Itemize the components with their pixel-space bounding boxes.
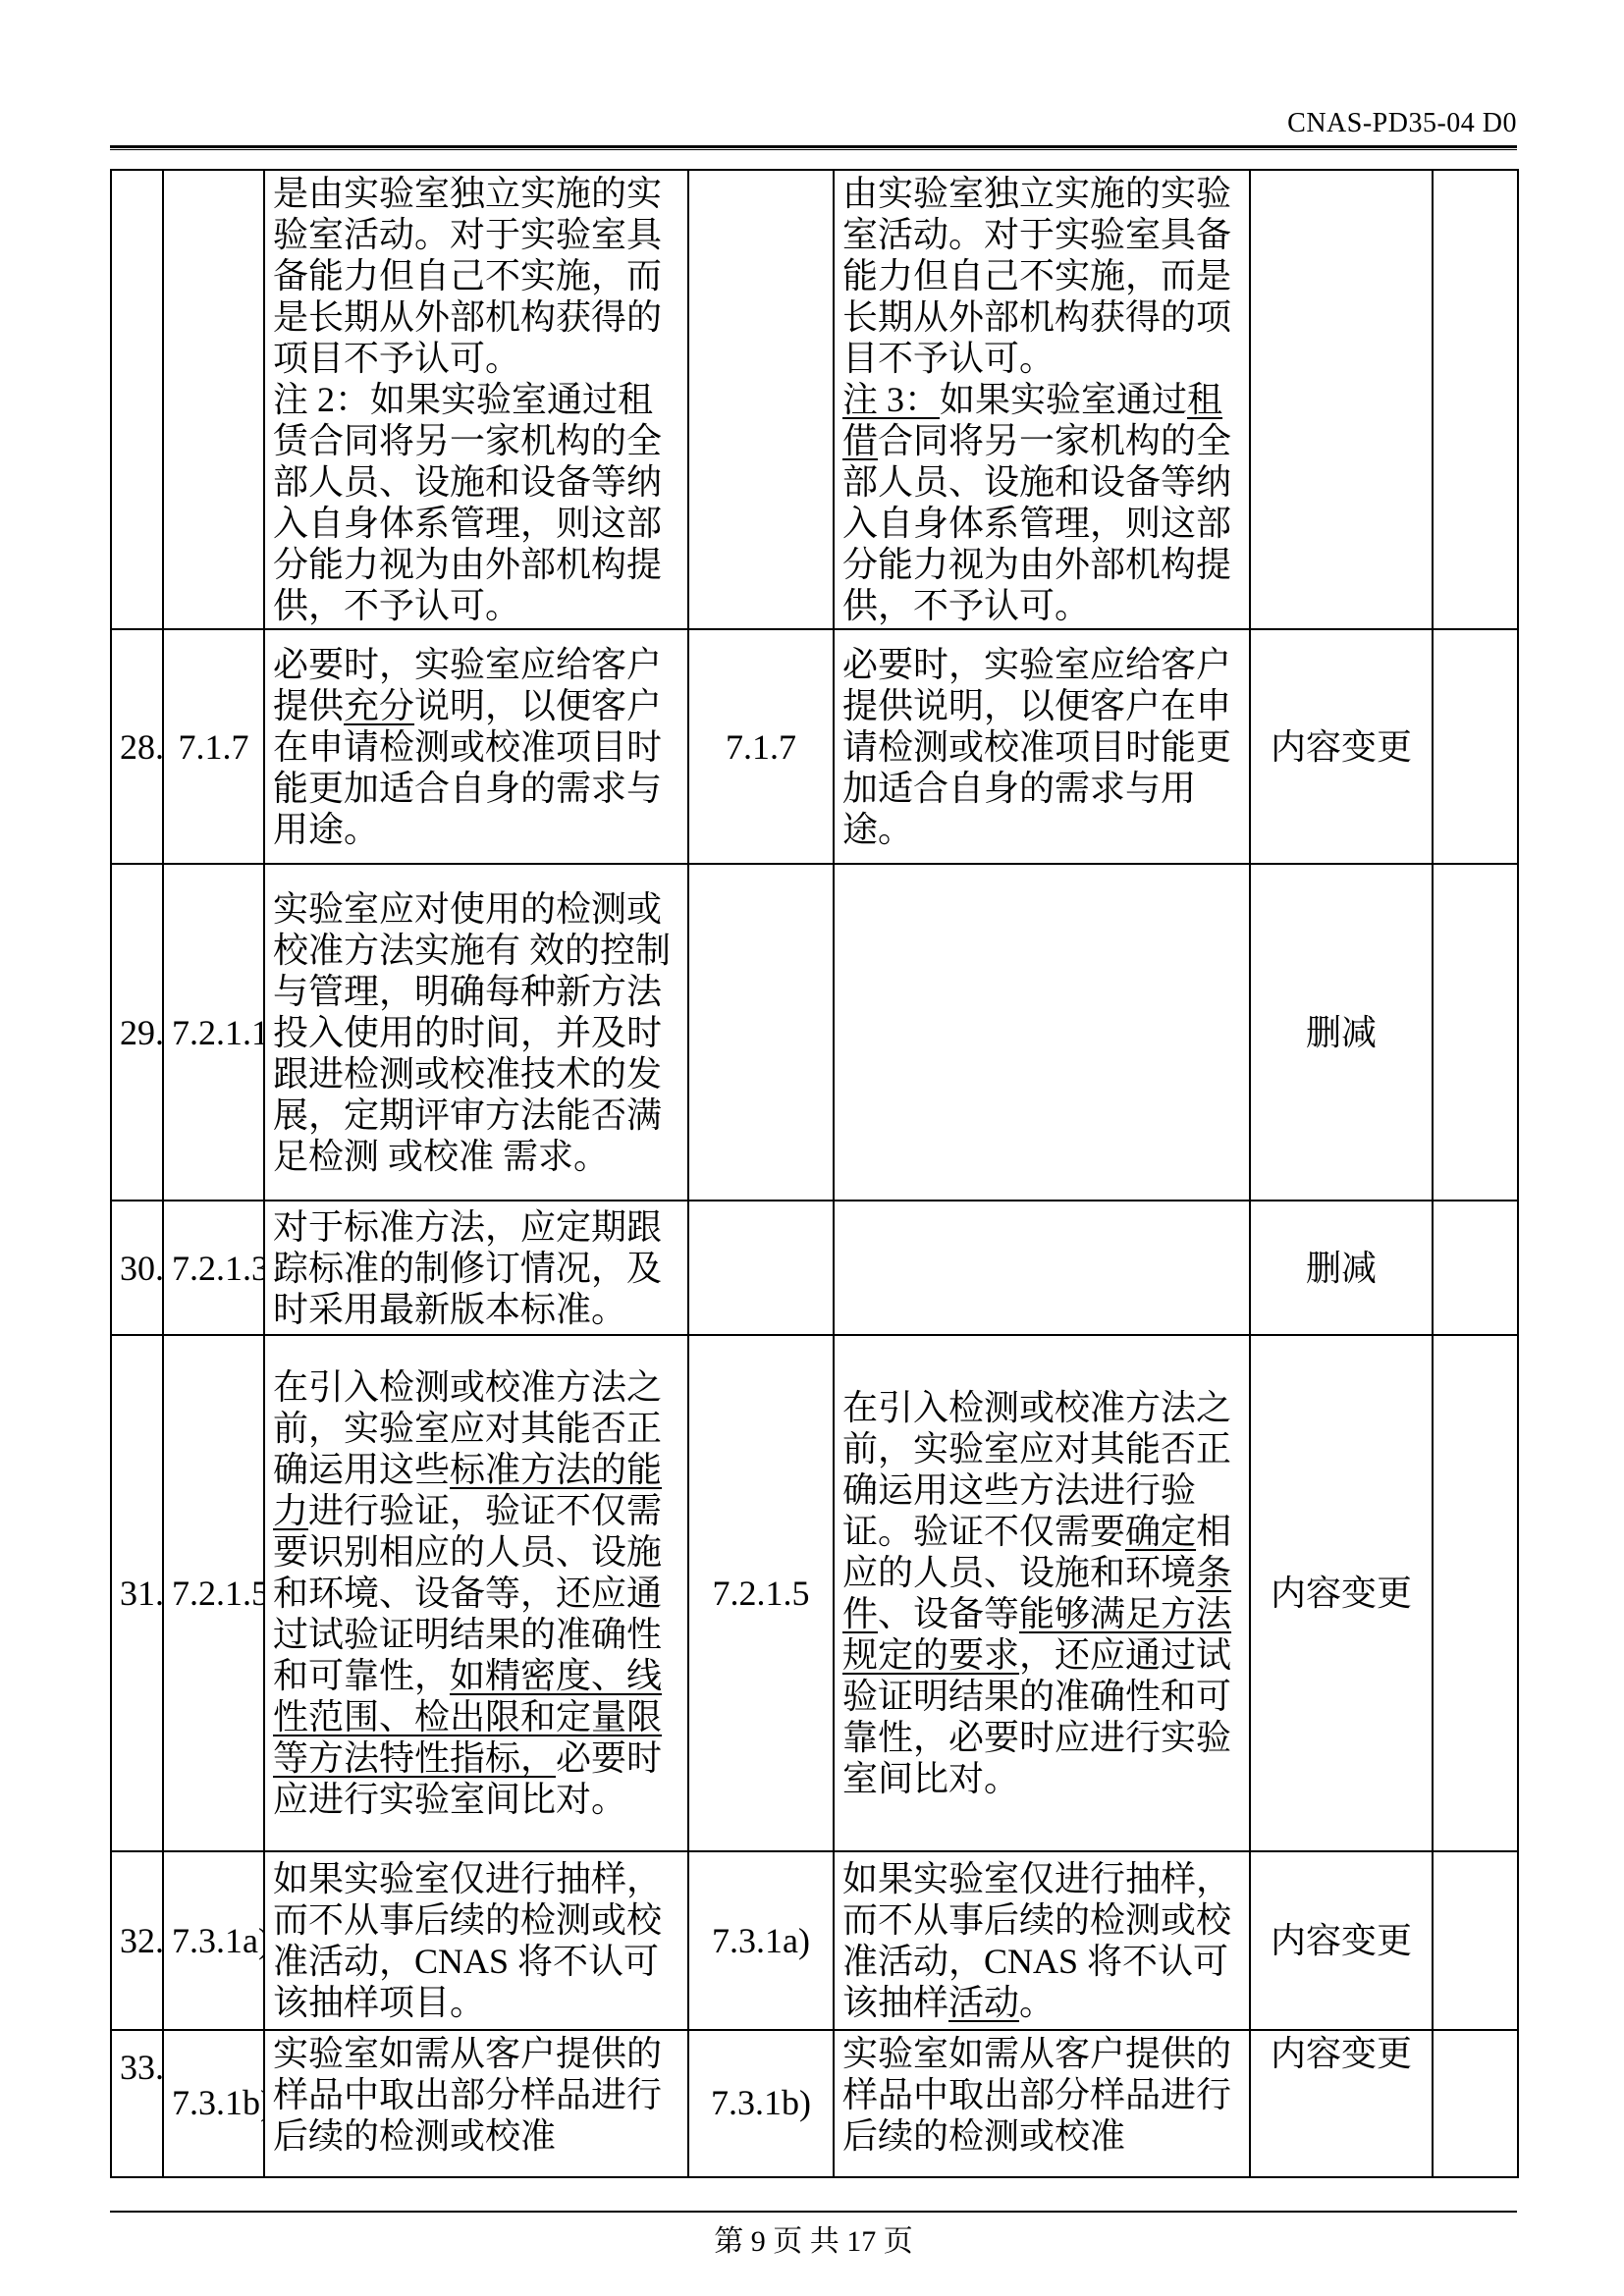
old-clause-cell: 7.2.1.3 [163, 1201, 264, 1335]
old-clause-cell: 7.3.1a) [163, 1851, 264, 2030]
header-rule [110, 145, 1517, 150]
old-text-cell: 如果实验室仅进行抽样，而不从事后续的检测或校准活动，CNAS 将不认可该抽样项目… [264, 1851, 688, 2030]
old-clause-cell: 7.1.7 [163, 629, 264, 864]
new-text-cell [834, 864, 1250, 1201]
empty-cell [1433, 2030, 1518, 2177]
change-type-cell: 内容变更 [1250, 2030, 1433, 2177]
table-row: 30. 7.2.1.3 对于标准方法，应定期跟踪标准的制修订情况，及时采用最新版… [111, 1201, 1518, 1335]
new-clause-cell: 7.3.1a) [688, 1851, 834, 2030]
change-type-cell [1250, 170, 1433, 629]
old-clause-cell: 7.2.1.1 [163, 864, 264, 1201]
new-clause-cell [688, 864, 834, 1201]
table-row: 32. 7.3.1a) 如果实验室仅进行抽样，而不从事后续的检测或校准活动，CN… [111, 1851, 1518, 2030]
table-row: 33. 7.3.1b) 实验室如需从客户提供的样品中取出部分样品进行后续的检测或… [111, 2030, 1518, 2177]
new-text-cell: 必要时，实验室应给客户提供说明，以便客户在申请检测或校准项目时能更加适合自身的需… [834, 629, 1250, 864]
old-clause-cell: 7.2.1.5 [163, 1335, 264, 1851]
old-clause-cell: 7.3.1b) [163, 2030, 264, 2177]
old-text-cell: 实验室应对使用的检测或校准方法实施有 效的控制与管理，明确每种新方法投入使用的时… [264, 864, 688, 1201]
empty-cell [1433, 864, 1518, 1201]
row-number-cell [111, 170, 163, 629]
footer-rule [110, 2211, 1517, 2213]
document-page: CNAS-PD35-04 D0 是由实验室独立实施的实验室活动。对于实验室具备能… [0, 0, 1624, 2296]
new-clause-cell: 7.2.1.5 [688, 1335, 834, 1851]
change-type-cell: 删减 [1250, 1201, 1433, 1335]
empty-cell [1433, 629, 1518, 864]
old-text-cell: 在引入检测或校准方法之前，实验室应对其能否正确运用这些标准方法的能力进行验证，验… [264, 1335, 688, 1851]
table-row: 29. 7.2.1.1 实验室应对使用的检测或校准方法实施有 效的控制与管理，明… [111, 864, 1518, 1201]
empty-cell [1433, 1335, 1518, 1851]
new-clause-cell: 7.1.7 [688, 629, 834, 864]
table-row: 31. 7.2.1.5 在引入检测或校准方法之前，实验室应对其能否正确运用这些标… [111, 1335, 1518, 1851]
change-type-cell: 内容变更 [1250, 1335, 1433, 1851]
row-number-cell: 28. [111, 629, 163, 864]
page-number: 第 9 页 共 17 页 [110, 2224, 1517, 2260]
empty-cell [1433, 1851, 1518, 2030]
change-type-cell: 删减 [1250, 864, 1433, 1201]
row-number-cell: 31. [111, 1335, 163, 1851]
doc-code: CNAS-PD35-04 D0 [110, 108, 1517, 139]
new-text-cell: 在引入检测或校准方法之前，实验室应对其能否正确运用这些方法进行验证。验证不仅需要… [834, 1335, 1250, 1851]
new-text-cell: 实验室如需从客户提供的样品中取出部分样品进行后续的检测或校准 [834, 2030, 1250, 2177]
table-row: 是由实验室独立实施的实验室活动。对于实验室具备能力但自己不实施，而是长期从外部机… [111, 170, 1518, 629]
row-number-cell: 30. [111, 1201, 163, 1335]
table-row: 28. 7.1.7 必要时，实验室应给客户提供充分说明，以便客户在申请检测或校准… [111, 629, 1518, 864]
change-type-cell: 内容变更 [1250, 629, 1433, 864]
empty-cell [1433, 170, 1518, 629]
new-text-cell: 由实验室独立实施的实验室活动。对于实验室具备能力但自己不实施，而是长期从外部机构… [834, 170, 1250, 629]
old-text-cell: 必要时，实验室应给客户提供充分说明，以便客户在申请检测或校准项目时能更加适合自身… [264, 629, 688, 864]
new-clause-cell [688, 1201, 834, 1335]
comparison-table: 是由实验室独立实施的实验室活动。对于实验室具备能力但自己不实施，而是长期从外部机… [110, 169, 1519, 2178]
new-clause-cell [688, 170, 834, 629]
change-type-cell: 内容变更 [1250, 1851, 1433, 2030]
old-text-cell: 实验室如需从客户提供的样品中取出部分样品进行后续的检测或校准 [264, 2030, 688, 2177]
old-clause-cell [163, 170, 264, 629]
empty-cell [1433, 1201, 1518, 1335]
row-number-cell: 29. [111, 864, 163, 1201]
new-text-cell [834, 1201, 1250, 1335]
old-text-cell: 对于标准方法，应定期跟踪标准的制修订情况，及时采用最新版本标准。 [264, 1201, 688, 1335]
old-text-cell: 是由实验室独立实施的实验室活动。对于实验室具备能力但自己不实施，而是长期从外部机… [264, 170, 688, 629]
row-number-cell: 33. [111, 2030, 163, 2177]
new-text-cell: 如果实验室仅进行抽样，而不从事后续的检测或校准活动，CNAS 将不认可该抽样活动… [834, 1851, 1250, 2030]
row-number-cell: 32. [111, 1851, 163, 2030]
new-clause-cell: 7.3.1b) [688, 2030, 834, 2177]
